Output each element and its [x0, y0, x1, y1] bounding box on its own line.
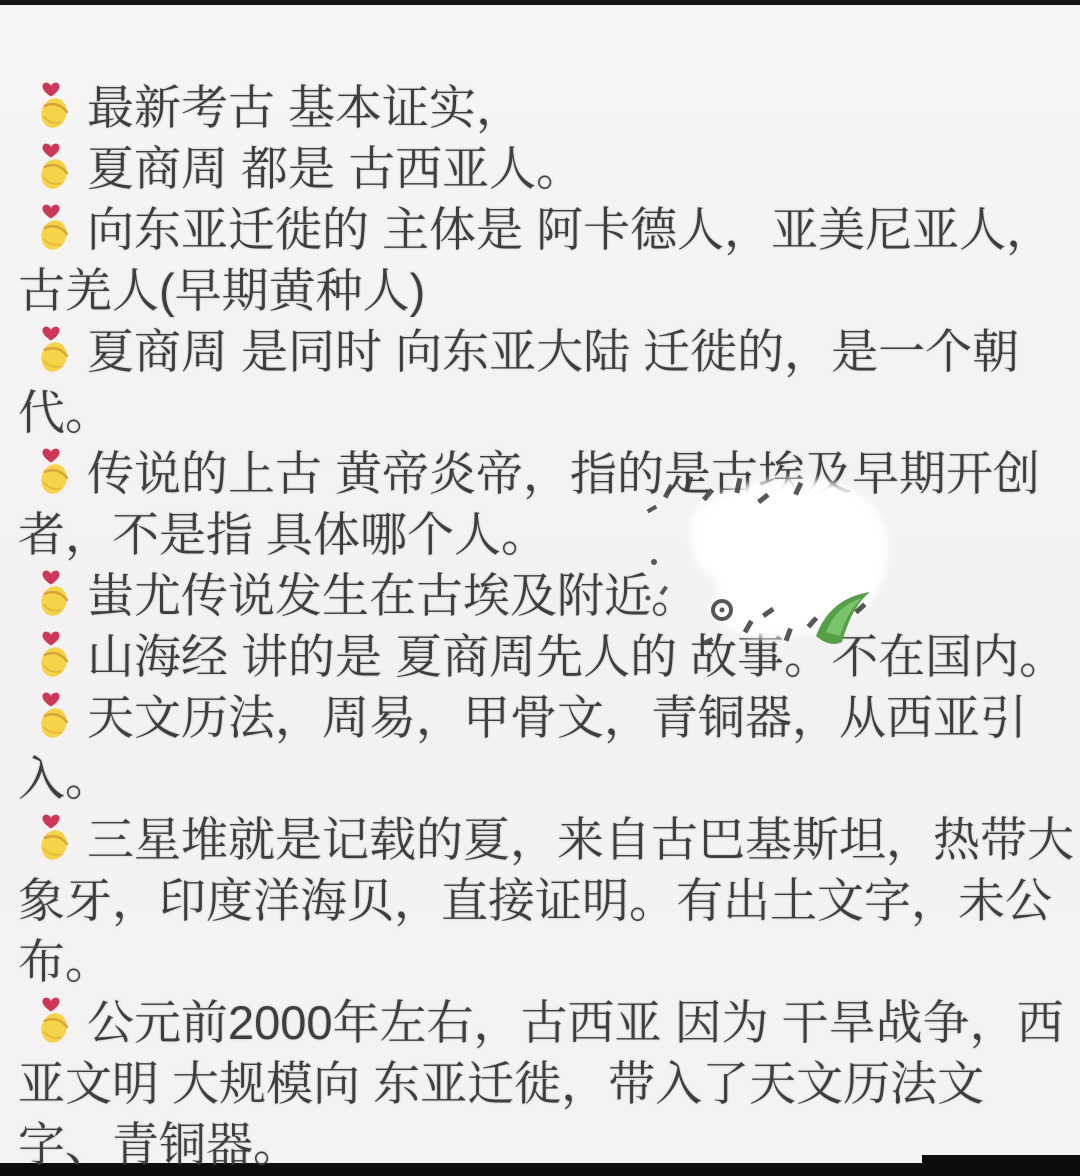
claims-text-block: 最新考古 基本证实， 夏商周 都是 古西亚人。 向东亚迁徙的 主体是 阿卡德人，… — [0, 5, 1078, 1175]
finger-heart-emoji — [34, 323, 74, 375]
claim-text: 蚩尤传说发生在古埃及附近。 — [87, 569, 698, 622]
claim-item: 公元前2000年左右，古西亚 因为 干旱战争，西亚文明 大规模向 东亚迁徙，带入… — [18, 992, 1078, 1175]
claim-item: 三星堆就是记载的夏，来自古巴基斯坦，热带大象牙，印度洋海贝，直接证明。有出土文字… — [18, 809, 1078, 992]
screenshot-page: 最新考古 基本证实， 夏商周 都是 古西亚人。 向东亚迁徙的 主体是 阿卡德人，… — [0, 0, 1080, 1176]
claim-text: 夏商周 都是 古西亚人。 — [87, 142, 583, 195]
finger-heart-emoji — [34, 140, 74, 192]
claim-text: 向东亚迁徙的 主体是 阿卡德人，亚美尼亚人，古羌人(早期黄种人) — [18, 203, 1053, 317]
claim-text: 三星堆就是记载的夏，来自古巴基斯坦，热带大象牙，印度洋海贝，直接证明。有出土文字… — [18, 813, 1074, 988]
claim-item: 传说的上古 黄帝炎帝，指的是古埃及早期开创者，不是指 具体哪个人。 — [18, 443, 1078, 565]
claim-text: 夏商周 是同时 向东亚大陆 迁徙的，是一个朝代。 — [18, 325, 1019, 439]
finger-heart-emoji — [34, 689, 74, 741]
finger-heart-emoji — [34, 811, 74, 863]
claim-item: 蚩尤传说发生在古埃及附近。 — [18, 565, 1078, 626]
claim-text: 传说的上古 黄帝炎帝，指的是古埃及早期开创者，不是指 具体哪个人。 — [18, 447, 1040, 561]
claim-text: 山海经 讲的是 夏商周先人的 故事。不在国内。 — [87, 630, 1066, 683]
claim-item: 夏商周 都是 古西亚人。 — [18, 138, 1078, 199]
claim-item: 山海经 讲的是 夏商周先人的 故事。不在国内。 — [18, 626, 1078, 687]
finger-heart-emoji — [34, 994, 74, 1046]
finger-heart-emoji — [34, 445, 74, 497]
claim-item: 最新考古 基本证实， — [18, 77, 1078, 138]
finger-heart-emoji — [34, 567, 74, 619]
claim-text: 最新考古 基本证实， — [87, 81, 523, 134]
claim-text: 公元前2000年左右，古西亚 因为 干旱战争，西亚文明 大规模向 东亚迁徙，带入… — [18, 996, 1064, 1171]
claim-item: 天文历法，周易，甲骨文，青铜器，从西亚引入。 — [18, 687, 1078, 809]
finger-heart-emoji — [34, 79, 74, 131]
claim-item: 夏商周 是同时 向东亚大陆 迁徙的，是一个朝代。 — [18, 321, 1078, 443]
claim-item: 向东亚迁徙的 主体是 阿卡德人，亚美尼亚人，古羌人(早期黄种人) — [18, 199, 1078, 321]
claim-text: 天文历法，周易，甲骨文，青铜器，从西亚引入。 — [18, 691, 1027, 805]
finger-heart-emoji — [34, 628, 74, 680]
finger-heart-emoji — [34, 201, 74, 253]
